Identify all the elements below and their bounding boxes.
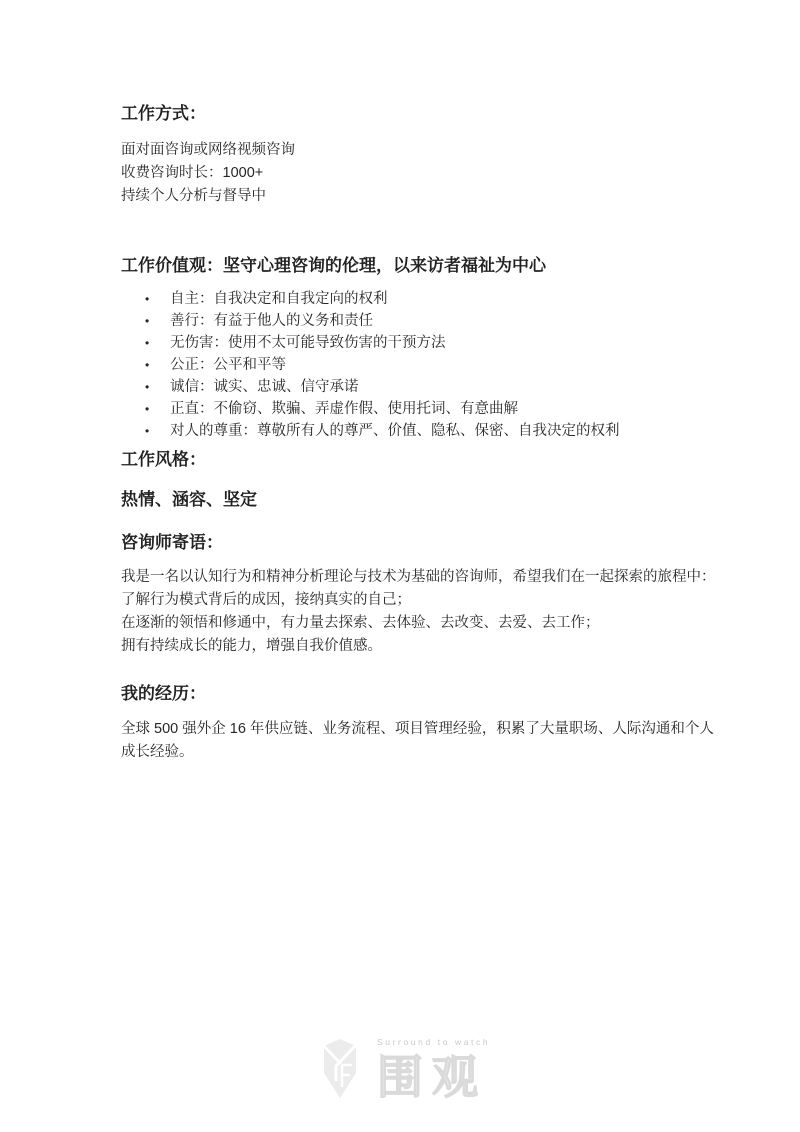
bullet-icon: • [145, 376, 170, 398]
value-item-text: 诚信：诚实、忠诚、信守承诺 [170, 376, 359, 398]
work-style-heading: 工作风格： [121, 449, 721, 470]
values-list: • 自主：自我决定和自我定向的权利 • 善行：有益于他人的义务和责任 • 无伤害… [121, 288, 721, 442]
bullet-icon: • [145, 310, 170, 332]
bullet-icon: • [145, 332, 170, 354]
work-method-line: 面对面咨询或网络视频咨询 [121, 139, 721, 162]
message-line: 了解行为模式背后的成因，接纳真实的自己； [121, 589, 721, 612]
watermark: Surround to watch 围观 [321, 1037, 490, 1102]
message-line: 拥有持续成长的能力，增强自我价值感。 [121, 635, 721, 658]
work-method-line: 收费咨询时长：1000+ [121, 162, 721, 185]
value-item-text: 无伤害：使用不太可能导致伤害的干预方法 [170, 332, 446, 354]
list-item: • 公正：公平和平等 [121, 354, 721, 376]
list-item: • 无伤害：使用不太可能导致伤害的干预方法 [121, 332, 721, 354]
message-line: 我是一名以认知行为和精神分析理论与技术为基础的咨询师，希望我们在一起探索的旅程中… [121, 566, 721, 589]
experience-body: 全球 500 强外企 16 年供应链、业务流程、项目管理经验，积累了大量职场、人… [121, 718, 721, 764]
list-item: • 诚信：诚实、忠诚、信守承诺 [121, 376, 721, 398]
document-page: 工作方式： 面对面咨询或网络视频咨询 收费咨询时长：1000+ 持续个人分析与督… [0, 0, 800, 764]
shield-logo-icon [321, 1037, 359, 1101]
list-item: • 善行：有益于他人的义务和责任 [121, 310, 721, 332]
bullet-icon: • [145, 398, 170, 420]
value-item-text: 善行：有益于他人的义务和责任 [170, 310, 373, 332]
bullet-icon: • [145, 354, 170, 376]
list-item: • 对人的尊重：尊敬所有人的尊严、价值、隐私、保密、自我决定的权利 [121, 420, 721, 442]
values-heading: 工作价值观：坚守心理咨询的伦理，以来访者福祉为中心 [121, 255, 721, 276]
list-item: • 正直：不偷窃、欺骗、弄虚作假、使用托词、有意曲解 [121, 398, 721, 420]
bullet-icon: • [145, 288, 170, 310]
work-style-traits: 热情、涵容、坚定 [121, 489, 721, 510]
value-item-text: 公正：公平和平等 [170, 354, 286, 376]
bullet-icon: • [145, 420, 170, 442]
value-item-text: 正直：不偷窃、欺骗、弄虚作假、使用托词、有意曲解 [170, 398, 518, 420]
work-method-heading: 工作方式： [121, 103, 721, 124]
watermark-text-block: Surround to watch 围观 [377, 1037, 490, 1102]
list-item: • 自主：自我决定和自我定向的权利 [121, 288, 721, 310]
work-method-lines: 面对面咨询或网络视频咨询 收费咨询时长：1000+ 持续个人分析与督导中 [121, 139, 721, 208]
value-item-text: 对人的尊重：尊敬所有人的尊严、价值、隐私、保密、自我决定的权利 [170, 420, 620, 442]
experience-heading: 我的经历： [121, 683, 721, 704]
value-item-text: 自主：自我决定和自我定向的权利 [170, 288, 388, 310]
message-line: 在逐渐的领悟和修通中，有力量去探索、去体验、去改变、去爱、去工作； [121, 612, 721, 635]
watermark-logo-text: 围观 [377, 1052, 490, 1102]
watermark-tagline: Surround to watch [377, 1037, 490, 1047]
counselor-message-body: 我是一名以认知行为和精神分析理论与技术为基础的咨询师，希望我们在一起探索的旅程中… [121, 566, 721, 658]
counselor-message-heading: 咨询师寄语： [121, 532, 721, 553]
work-method-line: 持续个人分析与督导中 [121, 185, 721, 208]
